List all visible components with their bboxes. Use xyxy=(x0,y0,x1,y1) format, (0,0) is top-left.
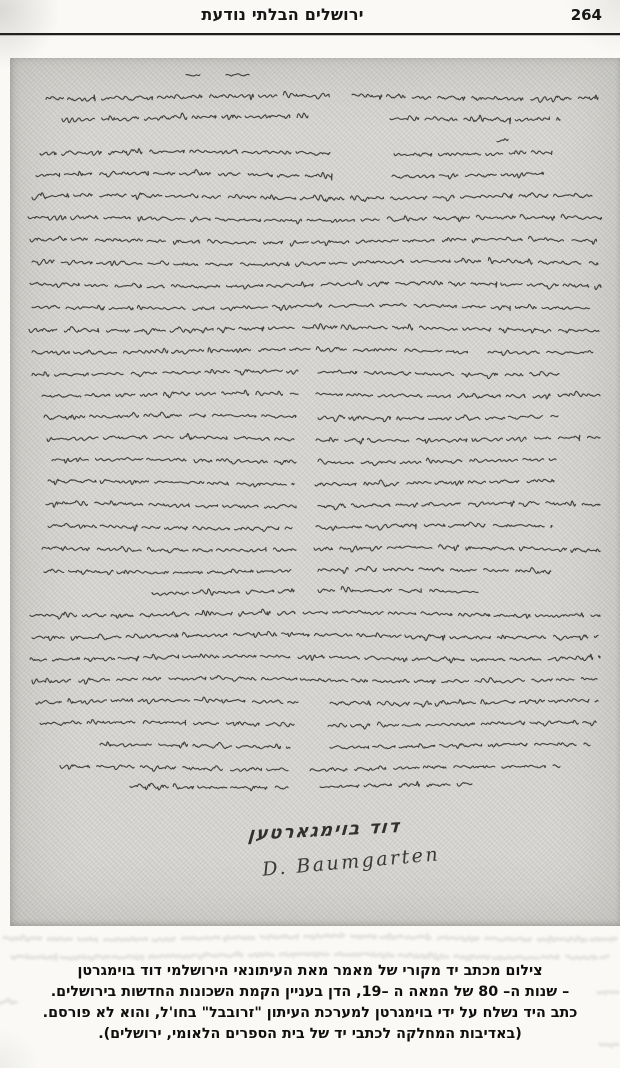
header-rule xyxy=(0,33,620,35)
caption-block: צילום מכתב יד מקורי של מאמר מאת העיתונאי… xyxy=(0,961,620,1045)
caption-line-3: כתב היד נשלח על ידי בוימגרטן למערכת העית… xyxy=(0,1003,620,1024)
book-page: ירושלים הבלתי נודעת 264 דוד בוימגארטען D… xyxy=(0,0,620,1068)
manuscript-scan-image: דוד בוימגארטען D. Baumgarten xyxy=(10,58,620,926)
page-number: 264 xyxy=(571,6,602,24)
signature-hebrew: דוד בוימגארטען xyxy=(247,816,401,845)
page-header: ירושלים הבלתי נודעת 264 xyxy=(0,0,620,33)
caption-line-1: צילום מכתב יד מקורי של מאמר מאת העיתונאי… xyxy=(0,961,620,982)
page-header-title: ירושלים הבלתי נודעת xyxy=(0,5,565,24)
caption-line-2: – שנות ה– 80 של המאה ה –19, הדן בעניין ה… xyxy=(0,982,620,1003)
signature-latin: D. Baumgarten xyxy=(261,843,441,880)
caption-line-4: (באדיבות המחלקה לכתבי יד של בית הספרים ה… xyxy=(0,1024,620,1045)
